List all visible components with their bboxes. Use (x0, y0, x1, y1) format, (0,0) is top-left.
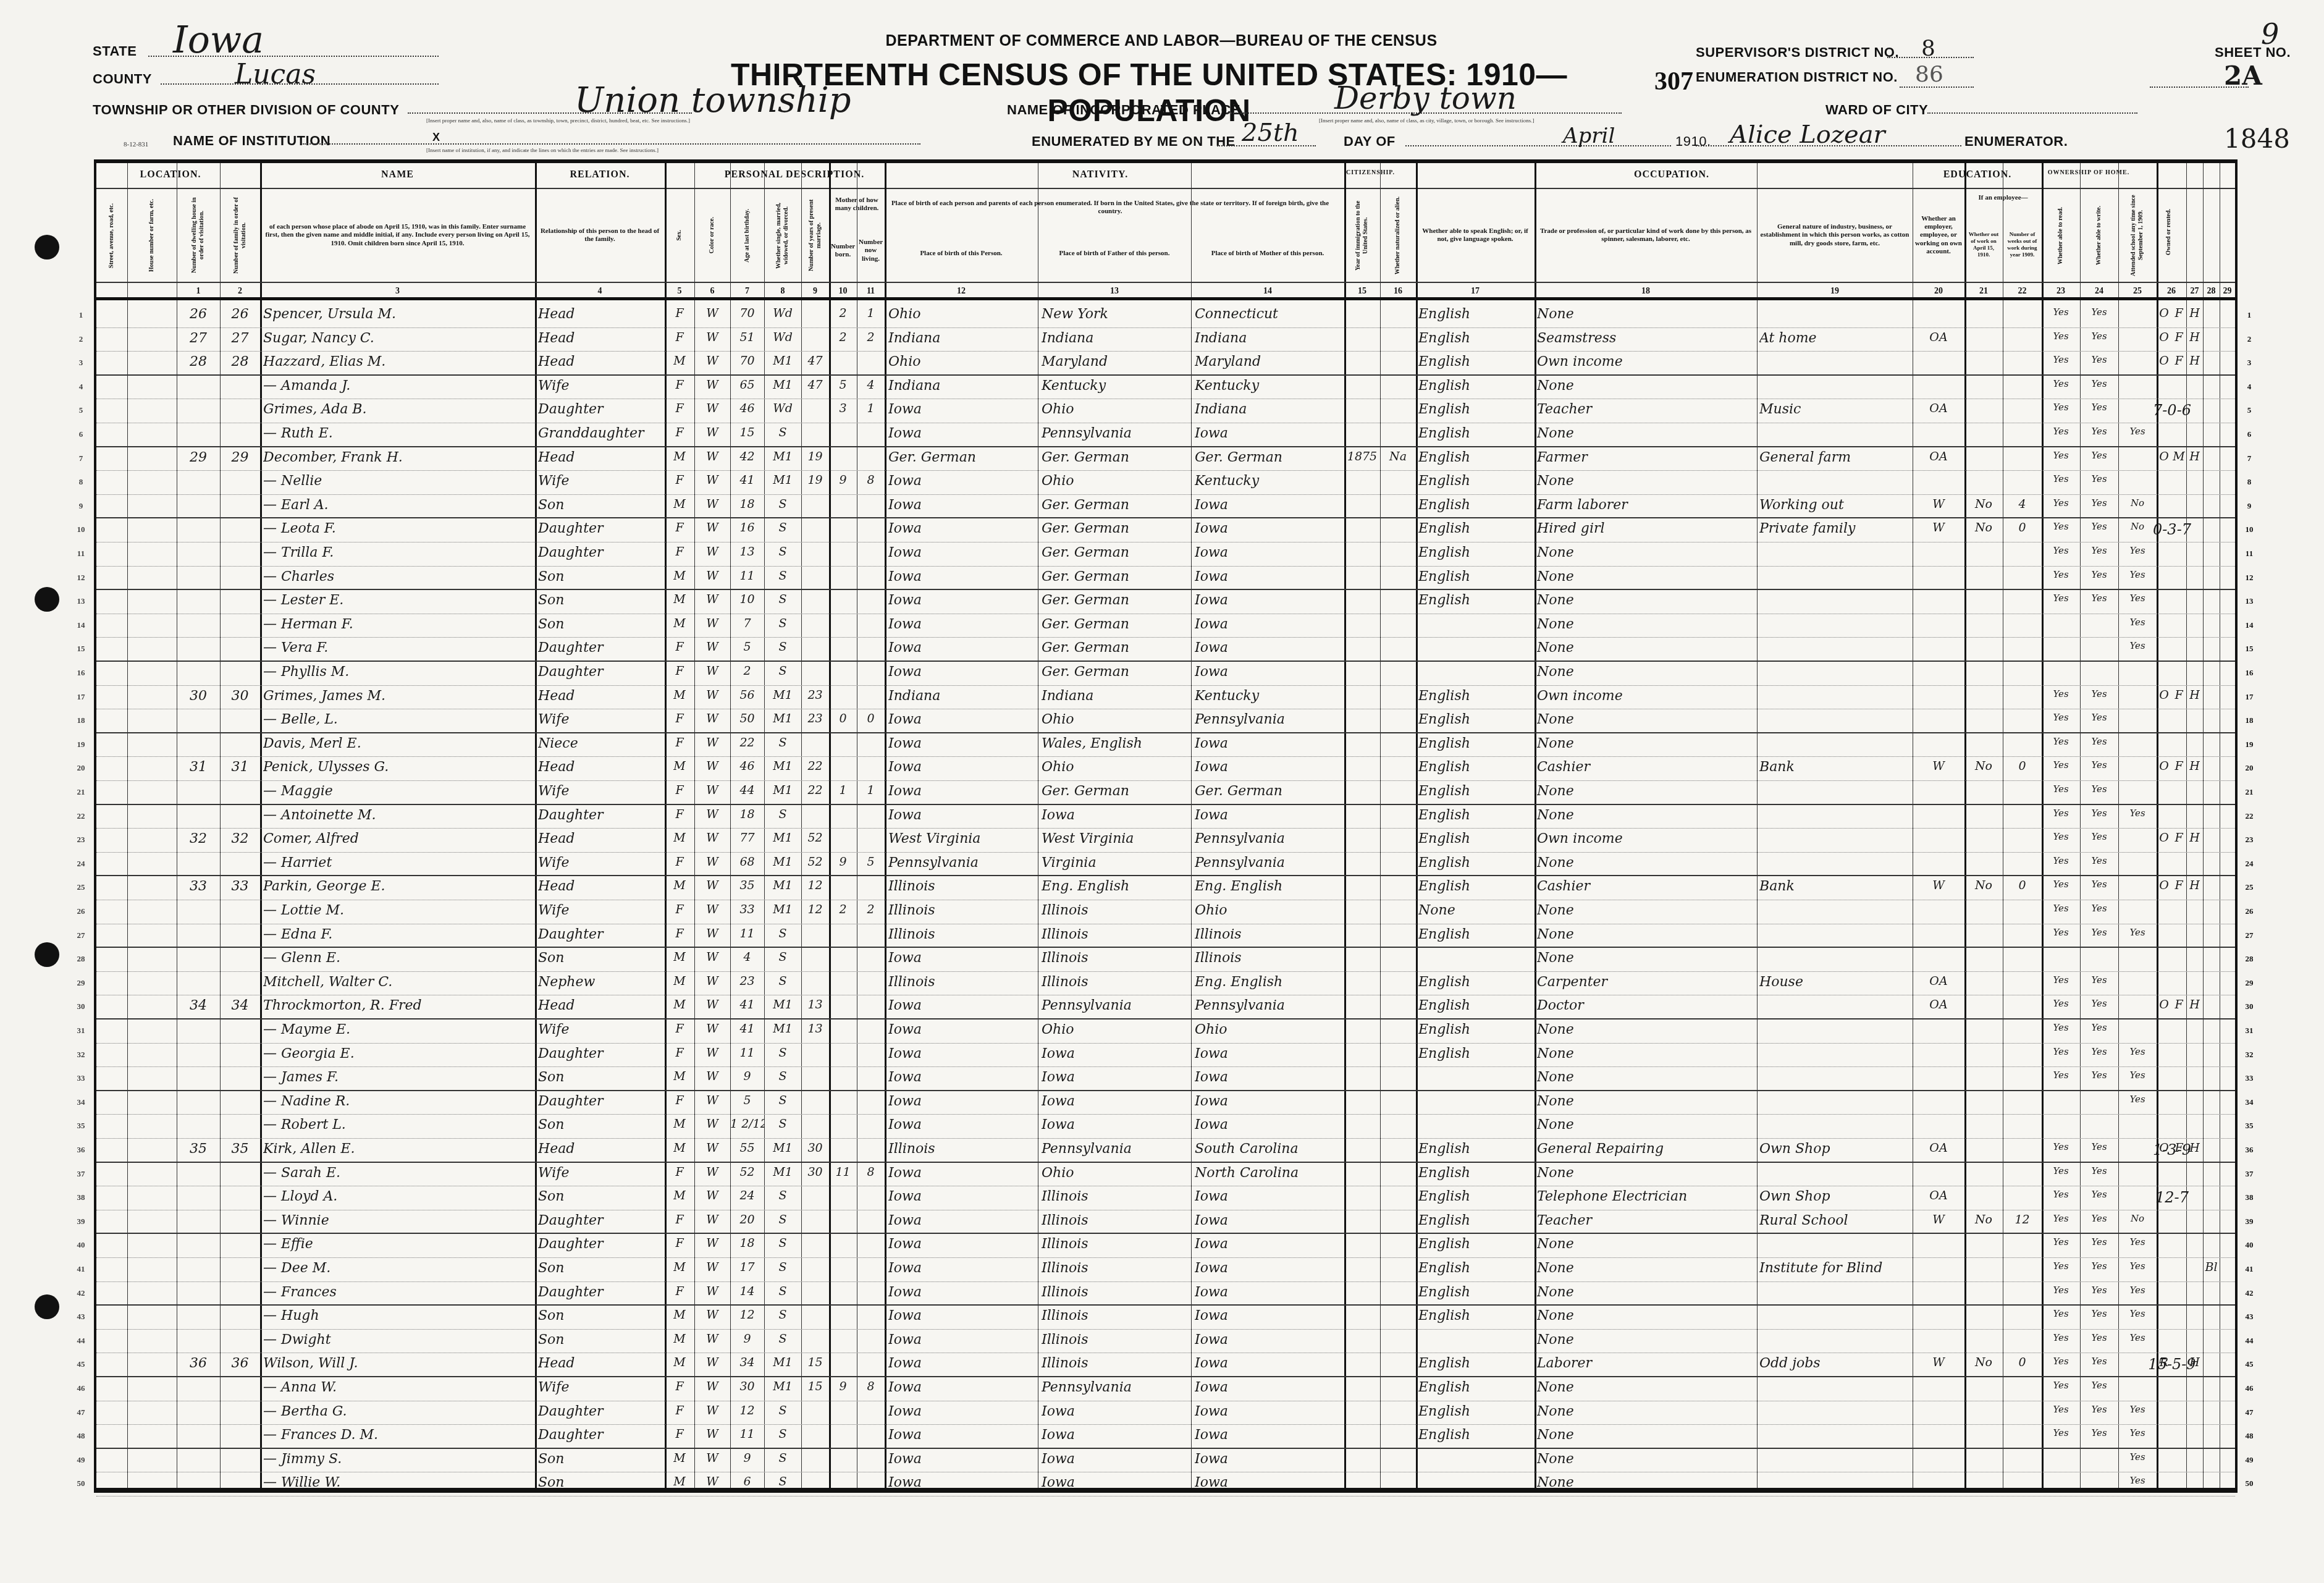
cell-years-married: 52 (801, 855, 829, 869)
cell-years-married: 52 (801, 831, 829, 845)
cell-birth: Iowa (888, 1475, 1038, 1490)
line-number-left: 8 (72, 477, 90, 487)
cell-write: Yes (2080, 354, 2118, 365)
enumeration-district: 86 (1915, 62, 1943, 87)
cell-father-birth: Iowa (1042, 1117, 1191, 1133)
cell-father-birth: West Virginia (1042, 831, 1191, 846)
cell-birth: Ger. German (888, 450, 1038, 465)
cell-age: 44 (730, 783, 764, 797)
line-number: 4 (2240, 382, 2259, 392)
column-number: 10 (829, 287, 857, 297)
cell-birth: Iowa (888, 1094, 1038, 1109)
cell-birth: Ohio (888, 354, 1038, 369)
enumerated-month: April (1563, 124, 1615, 148)
cell-write: Yes (2080, 831, 2118, 842)
cell-school: Yes (2118, 1070, 2157, 1081)
cell-relation: Head (538, 331, 665, 346)
table-row: — Antoinette M.DaughterFW18SIowaIowaIowa… (96, 805, 2235, 829)
month-line (1405, 145, 1671, 146)
cell-free: F (2171, 354, 2186, 368)
incorporated-value: Derby town (1334, 80, 1517, 116)
cell-sex: M (665, 1070, 694, 1083)
table-row: 3131Penick, Ulysses G.HeadMW46M122IowaOh… (96, 757, 2235, 781)
cell-mother-birth: Iowa (1195, 545, 1344, 560)
cell-sex: F (665, 402, 694, 415)
cell-years-married: 15 (801, 1380, 829, 1393)
cell-living: 8 (857, 1165, 885, 1179)
line-number: 46 (2240, 1383, 2259, 1393)
cell-mother-birth: Iowa (1195, 521, 1344, 536)
cell-birth: Illinois (888, 903, 1038, 918)
cell-age: 2 (730, 664, 764, 678)
cell-race: W (694, 1236, 730, 1250)
cell-school: No (2118, 497, 2157, 509)
cell-owned: O (2157, 306, 2171, 320)
cell-marital: M1 (764, 1022, 801, 1036)
punch-hole (35, 1294, 59, 1319)
cell-name: — Jimmy S. (263, 1451, 535, 1467)
cell-dwelling: 29 (177, 450, 220, 465)
cell-family: 28 (220, 354, 260, 369)
cell-age: 24 (730, 1189, 764, 1202)
cell-father-birth: Virginia (1042, 855, 1191, 871)
cell-sex: F (665, 640, 694, 654)
cell-family: 29 (220, 450, 260, 465)
cell-dwelling: 33 (177, 879, 220, 894)
cell-english: English (1418, 1213, 1535, 1228)
cell-trade: Carpenter (1537, 974, 1757, 990)
group-education: EDUCATION. (1925, 169, 2030, 180)
line-number-left: 37 (72, 1169, 90, 1179)
cell-father-birth: Pennsylvania (1042, 426, 1191, 441)
table-row: — Leota F.DaughterFW16SIowaGer. GermanIo… (96, 518, 2235, 542)
cell-trade: None (1537, 1475, 1757, 1490)
table-row: 3434Throckmorton, R. FredHeadMW41M113Iow… (96, 995, 2235, 1019)
punch-hole (35, 942, 59, 967)
cell-english: English (1418, 331, 1535, 346)
line-number: 1 (2240, 310, 2259, 320)
line-number: 9 (2240, 501, 2259, 511)
line-number: 17 (2240, 692, 2259, 702)
cell-age: 12 (730, 1308, 764, 1322)
cell-owned: O (2157, 879, 2171, 892)
cell-read: Yes (2042, 1022, 2080, 1033)
cell-age: 18 (730, 808, 764, 821)
cell-marital: M1 (764, 354, 801, 368)
cell-weeks: 12 (2003, 1213, 2042, 1226)
cell-name: Davis, Merl E. (263, 736, 535, 751)
cell-born: 11 (829, 1165, 857, 1179)
cell-name: — Amanda J. (263, 378, 535, 394)
cell-name: — Sarah E. (263, 1165, 535, 1181)
cell-sex: F (665, 426, 694, 439)
line-number: 22 (2240, 811, 2259, 821)
line-number-left: 19 (72, 740, 90, 749)
cell-birth: Iowa (888, 545, 1038, 560)
col-read: Whether able to read. (2042, 189, 2080, 282)
line-number-left: 16 (72, 668, 90, 678)
cell-marital: S (764, 1475, 801, 1488)
cell-trade: None (1537, 783, 1757, 799)
line-number-left: 28 (72, 954, 90, 964)
cell-free: F (2171, 879, 2186, 892)
cell-years-married: 23 (801, 712, 829, 725)
cell-english: English (1418, 1404, 1535, 1419)
cell-outwork: No (1964, 1213, 2003, 1226)
cell-trade: General Repairing (1537, 1141, 1757, 1157)
cell-birth: West Virginia (888, 831, 1038, 846)
cell-relation: Head (538, 354, 665, 369)
cell-relation: Wife (538, 783, 665, 799)
cell-owned: O (2157, 450, 2171, 463)
cell-relation: Daughter (538, 1094, 665, 1109)
cell-trade: None (1537, 1260, 1757, 1276)
cell-father-birth: Kentucky (1042, 378, 1191, 394)
cell-marital: Wd (764, 306, 801, 320)
cell-birth: Iowa (888, 1213, 1038, 1228)
cell-trade: None (1537, 903, 1757, 918)
cell-father-birth: Ger. German (1042, 593, 1191, 608)
cell-birth: Iowa (888, 1308, 1038, 1323)
line-number-left: 33 (72, 1073, 90, 1083)
cell-mother-birth: Indiana (1195, 402, 1344, 417)
cell-trade: None (1537, 545, 1757, 560)
cell-name: — Effie (263, 1236, 535, 1252)
cell-trade: None (1537, 1380, 1757, 1395)
cell-write: Yes (2080, 974, 2118, 986)
line-number-left: 39 (72, 1217, 90, 1226)
cell-marital: M1 (764, 831, 801, 845)
cell-read: Yes (2042, 545, 2080, 556)
cell-birth: Iowa (888, 664, 1038, 680)
cell-marital: S (764, 1451, 801, 1465)
cell-father-birth: Iowa (1042, 1046, 1191, 1062)
cell-trade: None (1537, 1165, 1757, 1181)
cell-sex: M (665, 617, 694, 630)
cell-mother-birth: Iowa (1195, 1285, 1344, 1300)
enumerator-name: Alice Lozear (1730, 120, 1885, 149)
cell-marital: S (764, 1189, 801, 1202)
col-birth: Place of birth of this Person. (885, 226, 1038, 282)
cell-name: — Phyllis M. (263, 664, 535, 680)
cell-trade: Hired girl (1537, 521, 1757, 536)
cell-birth: Iowa (888, 1046, 1038, 1062)
cell-write: Yes (2080, 450, 2118, 461)
cell-race: W (694, 1427, 730, 1441)
cell-mother-birth: Iowa (1195, 1332, 1344, 1348)
cell-trade: None (1537, 569, 1757, 585)
cell-read: Yes (2042, 903, 2080, 914)
line-number: 35 (2240, 1121, 2259, 1131)
cell-father-birth: Wales, English (1042, 736, 1191, 751)
cell-class: OA (1913, 974, 1964, 988)
cell-father-birth: Iowa (1042, 1475, 1191, 1490)
line-number: 14 (2240, 620, 2259, 630)
cell-sex: F (665, 473, 694, 487)
institution-line (303, 143, 920, 145)
cell-race: W (694, 1451, 730, 1465)
cell-sex: F (665, 855, 694, 869)
cell-name: — Edna F. (263, 927, 535, 942)
table-row: — Sarah E.WifeFW52M130118IowaOhioNorth C… (96, 1163, 2235, 1187)
line-number: 32 (2240, 1050, 2259, 1060)
cell-father-birth: Iowa (1042, 1427, 1191, 1443)
cell-write: Yes (2080, 712, 2118, 723)
cell-sex: F (665, 783, 694, 797)
cell-mother-birth: Ger. German (1195, 450, 1344, 465)
line-number-left: 30 (72, 1002, 90, 1011)
cell-trade: Teacher (1537, 402, 1757, 417)
cell-name: — Bertha G. (263, 1404, 535, 1419)
cell-write: Yes (2080, 497, 2118, 509)
line-number: 50 (2240, 1479, 2259, 1488)
cell-sex: F (665, 1236, 694, 1250)
cell-school: Yes (2118, 1404, 2157, 1415)
cell-farm: H (2186, 354, 2203, 368)
cell-name: Parkin, George E. (263, 879, 535, 894)
cell-read: Yes (2042, 855, 2080, 866)
cell-race: W (694, 521, 730, 534)
cell-age: 41 (730, 998, 764, 1011)
cell-birth: Iowa (888, 1404, 1038, 1419)
cell-relation: Son (538, 950, 665, 966)
cell-mother-birth: Iowa (1195, 1427, 1344, 1443)
line-number-left: 40 (72, 1240, 90, 1250)
cell-english: English (1418, 759, 1535, 775)
table-row: — FrancesDaughterFW14SIowaIllinoisIowaEn… (96, 1282, 2235, 1306)
county-label: County (93, 71, 152, 87)
cell-birth: Ohio (888, 306, 1038, 322)
cell-marital: M1 (764, 473, 801, 487)
line-number: 40 (2240, 1240, 2259, 1250)
table-row: 3030Grimes, James M.HeadMW56M123IndianaI… (96, 686, 2235, 710)
cell-race: W (694, 473, 730, 487)
cell-race: W (694, 640, 730, 654)
line-number: 29 (2240, 978, 2259, 988)
col-weeks: Number of weeks out of work during year … (2003, 208, 2042, 282)
cell-schedule: 15-5-9 (2123, 1356, 2221, 1373)
table-row: — Georgia E.DaughterFW11SIowaIowaIowaEng… (96, 1044, 2235, 1068)
table-row: — Mayme E.WifeFW41M113IowaOhioOhioEnglis… (96, 1019, 2235, 1044)
cell-age: 1 2/12 (730, 1117, 764, 1131)
cell-race: W (694, 1070, 730, 1083)
cell-sex: F (665, 1094, 694, 1107)
cell-age: 41 (730, 1022, 764, 1036)
table-row: 2626Spencer, Ursula M.HeadFW70Wd21OhioNe… (96, 304, 2235, 328)
cell-mother-birth: Ohio (1195, 903, 1344, 918)
cell-english: English (1418, 1260, 1535, 1276)
cell-years-married: 13 (801, 998, 829, 1011)
cell-name: — Charles (263, 569, 535, 585)
cell-years-married: 22 (801, 759, 829, 773)
cell-years-married: 23 (801, 688, 829, 702)
line-number: 45 (2240, 1359, 2259, 1369)
cell-mother-birth: Iowa (1195, 1356, 1344, 1371)
cell-sex: M (665, 1475, 694, 1488)
cell-sex: F (665, 664, 694, 678)
cell-read: Yes (2042, 1332, 2080, 1343)
cell-marital: M1 (764, 1356, 801, 1369)
cell-trade: None (1537, 1022, 1757, 1037)
line-number: 21 (2240, 787, 2259, 797)
cell-english: None (1418, 903, 1535, 918)
table-row: — Amanda J.WifeFW65M14754IndianaKentucky… (96, 376, 2235, 400)
cell-schedule: 0-3-7 (2123, 521, 2221, 538)
cell-marital: S (764, 521, 801, 534)
cell-school: Yes (2118, 1427, 2157, 1438)
cell-birth: Indiana (888, 688, 1038, 704)
group-relation: RELATION. (535, 169, 665, 180)
line-number: 25 (2240, 882, 2259, 892)
cell-schedule: 1-3-9 (2123, 1141, 2221, 1159)
col-sex: Sex. (665, 189, 694, 282)
cell-write: Yes (2080, 378, 2118, 389)
cell-race: W (694, 1022, 730, 1036)
cell-trade: None (1537, 855, 1757, 871)
cell-family: 27 (220, 331, 260, 346)
cell-mother-birth: Iowa (1195, 1070, 1344, 1085)
line-number-left: 49 (72, 1455, 90, 1465)
cell-write: Yes (2080, 426, 2118, 437)
cell-name: — Harriet (263, 855, 535, 871)
line-number: 8 (2240, 477, 2259, 487)
cell-schedule: 7-0-6 (2123, 402, 2221, 419)
col-write: Whether able to write. (2080, 189, 2118, 282)
cell-write: Yes (2080, 736, 2118, 747)
cell-age: 70 (730, 306, 764, 320)
line-number-left: 7 (72, 454, 90, 463)
cell-school: Yes (2118, 1236, 2157, 1247)
cell-marital: M1 (764, 879, 801, 892)
cell-name: — Winnie (263, 1213, 535, 1228)
cell-mother-birth: Eng. English (1195, 879, 1344, 894)
cell-mother-birth: Iowa (1195, 497, 1344, 513)
cell-birth: Iowa (888, 402, 1038, 417)
table-row: — Edna F.DaughterFW11SIllinoisIllinoisIl… (96, 924, 2235, 948)
cell-read: Yes (2042, 1189, 2080, 1200)
cell-english: English (1418, 712, 1535, 727)
cell-family: 26 (220, 306, 260, 322)
cell-relation: Son (538, 1070, 665, 1085)
cell-father-birth: Ohio (1042, 402, 1191, 417)
cell-race: W (694, 808, 730, 821)
cell-write: Yes (2080, 521, 2118, 532)
cell-birth: Iowa (888, 426, 1038, 441)
cell-marital: S (764, 1046, 801, 1060)
cell-name: Spencer, Ursula M. (263, 306, 535, 322)
cell-industry: General farm (1759, 450, 1913, 465)
cell-trade: None (1537, 712, 1757, 727)
column-number: 14 (1191, 287, 1344, 297)
cell-owned: O (2157, 759, 2171, 773)
cell-father-birth: Iowa (1042, 1070, 1191, 1085)
table-row: — WinnieDaughterFW20SIowaIllinoisIowaEng… (96, 1210, 2235, 1235)
census-table: LOCATION. NAME RELATION. PERSONAL DESCRI… (94, 159, 2238, 1493)
line-number-left: 1 (72, 310, 90, 320)
column-number: 5 (665, 287, 694, 297)
cell-race: W (694, 1117, 730, 1131)
cell-trade: None (1537, 664, 1757, 680)
group-occupation: OCCUPATION. (1455, 169, 1888, 180)
line-number-left: 3 (72, 358, 90, 368)
cell-industry: Working out (1759, 497, 1913, 513)
township-label: Township or other division of county (93, 102, 399, 118)
line-number-left: 20 (72, 763, 90, 773)
cell-relation: Daughter (538, 545, 665, 560)
cell-mother-birth: Kentucky (1195, 688, 1344, 704)
cell-race: W (694, 950, 730, 964)
cell-name: — Frances (263, 1285, 535, 1300)
cell-father-birth: Iowa (1042, 1451, 1191, 1467)
cell-sex: F (665, 1380, 694, 1393)
cell-english: English (1418, 1165, 1535, 1181)
cell-father-birth: Illinois (1042, 1285, 1191, 1300)
line-number-left: 34 (72, 1097, 90, 1107)
column-number: 15 (1344, 287, 1380, 297)
cell-relation: Son (538, 1117, 665, 1133)
line-number-left: 21 (72, 787, 90, 797)
cell-relation: Wife (538, 473, 665, 489)
cell-read: Yes (2042, 1213, 2080, 1224)
cell-mother-birth: Iowa (1195, 664, 1344, 680)
cell-trade: None (1537, 640, 1757, 656)
cell-living: 5 (857, 855, 885, 869)
cell-marital: S (764, 1332, 801, 1346)
line-number: 20 (2240, 763, 2259, 773)
cell-marital: S (764, 1404, 801, 1417)
cell-sex: F (665, 1285, 694, 1298)
cell-marital: M1 (764, 759, 801, 773)
column-number: 18 (1535, 287, 1757, 297)
cell-english: English (1418, 688, 1535, 704)
cell-name: — Dwight (263, 1332, 535, 1348)
cell-sex: F (665, 808, 694, 821)
township-hint: [Insert proper name and, also, name of c… (426, 117, 690, 124)
cell-race: W (694, 1285, 730, 1298)
cell-race: W (694, 1213, 730, 1226)
line-number-left: 25 (72, 882, 90, 892)
cell-father-birth: Ohio (1042, 1022, 1191, 1037)
line-number: 44 (2240, 1336, 2259, 1346)
line-number: 12 (2240, 573, 2259, 583)
col-school: Attended school any time since September… (2118, 189, 2157, 282)
line-number-left: 18 (72, 716, 90, 725)
cell-trade: None (1537, 378, 1757, 394)
cell-english: English (1418, 974, 1535, 990)
cell-relation: Daughter (538, 1046, 665, 1062)
cell-name: — James F. (263, 1070, 535, 1085)
line-number: 19 (2240, 740, 2259, 749)
cell-relation: Wife (538, 1022, 665, 1037)
cell-name: — Ruth E. (263, 426, 535, 441)
cell-read: Yes (2042, 402, 2080, 413)
cell-mother-birth: Pennsylvania (1195, 998, 1344, 1013)
cell-relation: Head (538, 1141, 665, 1157)
cell-dwelling: 26 (177, 306, 220, 322)
table-row: — Lottie M.WifeFW33M11222IllinoisIllinoi… (96, 900, 2235, 924)
cell-marital: S (764, 545, 801, 559)
cell-mother-birth: Kentucky (1195, 473, 1344, 489)
col-years-married: Number of years of present marriage. (801, 189, 829, 282)
cell-farm: H (2186, 879, 2203, 892)
cell-english: English (1418, 998, 1535, 1013)
cell-outwork: No (1964, 497, 2003, 511)
cell-write: Yes (2080, 1356, 2118, 1367)
cell-industry: Institute for Blind (1759, 1260, 1913, 1276)
cell-relation: Daughter (538, 1236, 665, 1252)
cell-english: English (1418, 1022, 1535, 1037)
line-number-left: 13 (72, 596, 90, 606)
